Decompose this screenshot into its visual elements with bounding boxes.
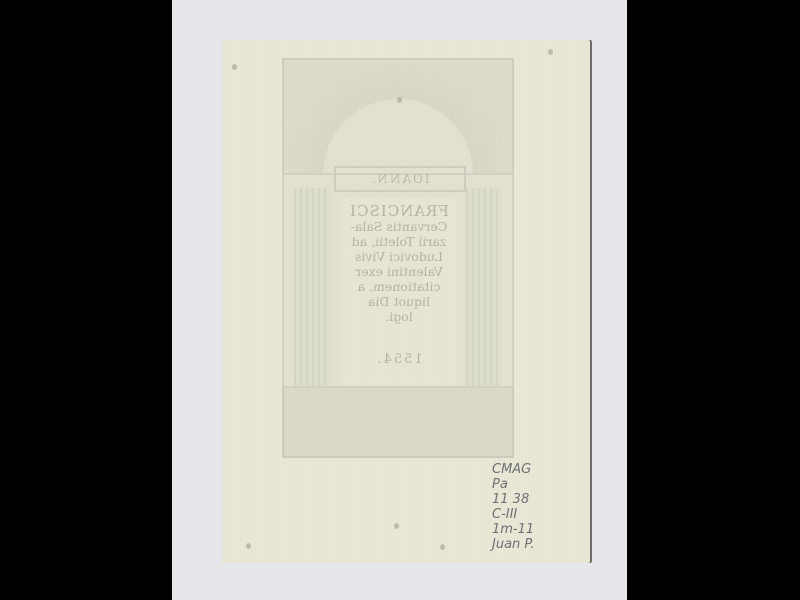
paper-hole (548, 49, 553, 55)
banner-text: IOANN. (336, 168, 464, 190)
title-line: Valentini exer (342, 264, 456, 279)
note-line: C-III (492, 507, 535, 522)
title-line: Ludovici Vivis (342, 249, 456, 264)
banner-plate: IOANN. (334, 166, 466, 192)
title-line: FRANCISCI (342, 204, 456, 219)
woodcut-column-left (294, 188, 330, 388)
year-text: 1554. (342, 352, 456, 367)
note-line: Pa (492, 477, 535, 492)
mirrored-title-page: IOANN. FRANCISCI Cervantis Sala- zarii T… (282, 58, 514, 458)
title-line: Cervantis Sala- (342, 219, 456, 234)
title-text-panel: FRANCISCI Cervantis Sala- zarii Toletii,… (342, 198, 456, 388)
note-line: CMAG (492, 462, 535, 477)
paper-hole (246, 543, 251, 549)
paper-hole (440, 544, 445, 550)
woodcut-arch (282, 58, 514, 175)
title-line: zarii Toletii, ad (342, 234, 456, 249)
paper-hole (232, 64, 237, 70)
title-line: logi. (342, 309, 456, 324)
title-line: citationem, a (342, 279, 456, 294)
note-line: 1m-11 (492, 522, 535, 537)
title-line: liquot Dia (342, 294, 456, 309)
woodcut-base (282, 386, 514, 458)
note-line: 11 38 (492, 492, 535, 507)
handwritten-note: CMAG Pa 11 38 C-III 1m-11 Juan P. (492, 462, 535, 552)
note-line: Juan P. (492, 537, 535, 552)
woodcut-column-right (466, 188, 502, 388)
title-text: FRANCISCI Cervantis Sala- zarii Toletii,… (342, 204, 456, 367)
paper-hole (394, 523, 399, 529)
